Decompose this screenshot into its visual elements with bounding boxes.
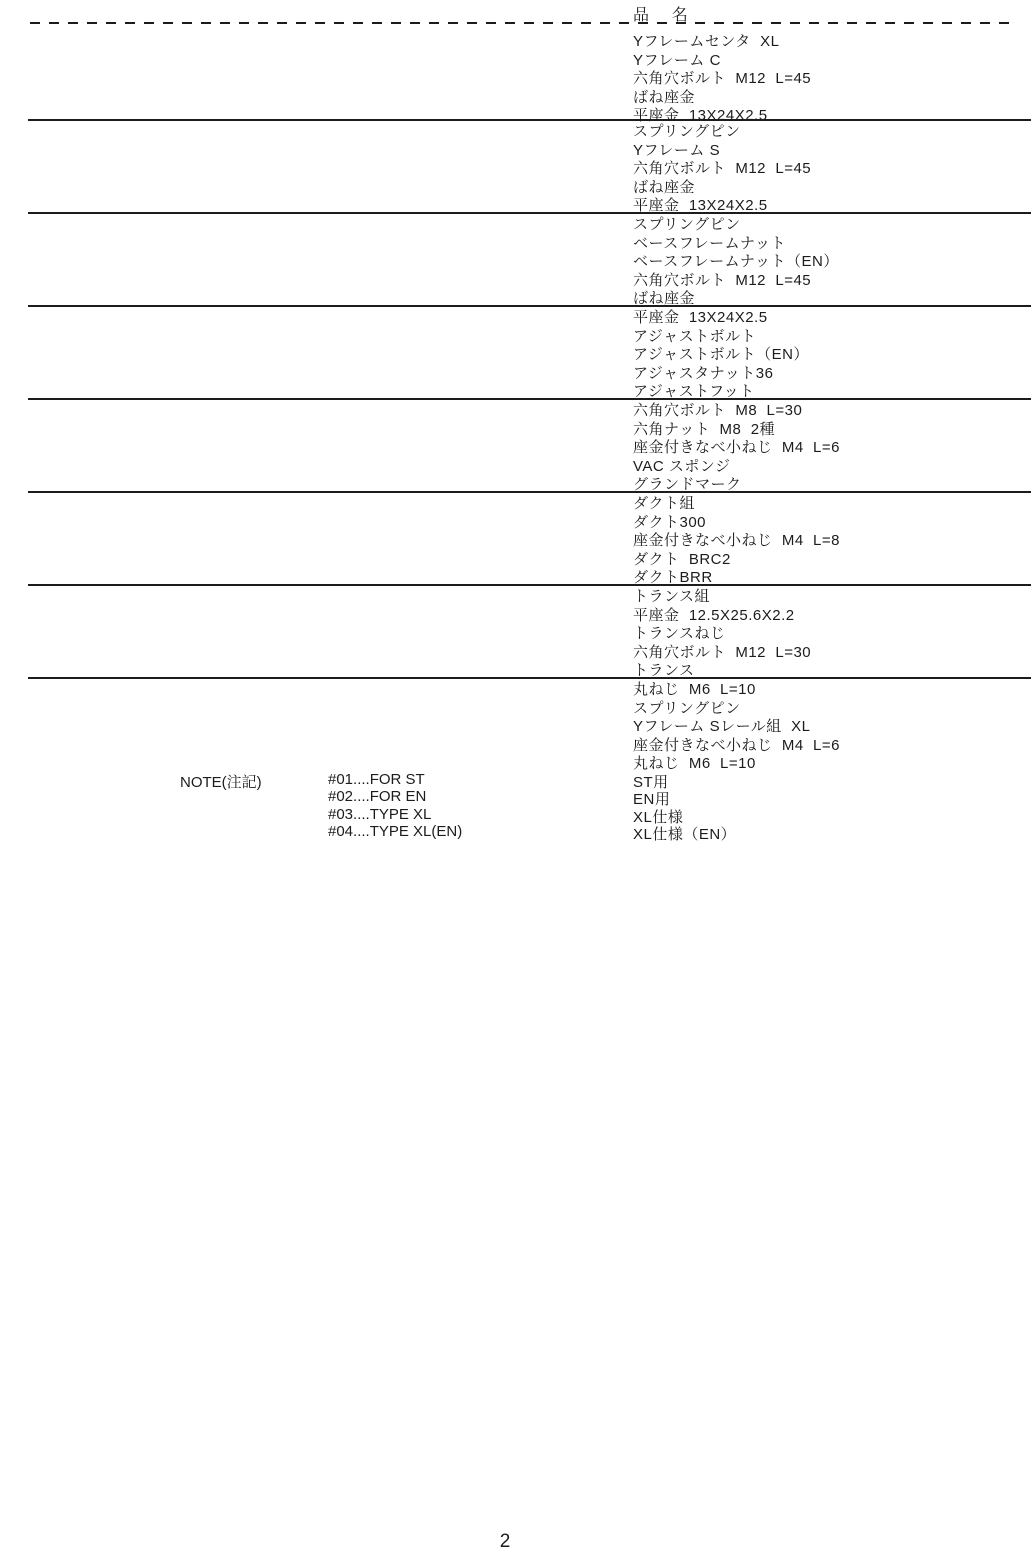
note-code: #01....FOR ST — [328, 771, 425, 788]
parts-list: Yフレームセンタ XL Yフレーム C 六角穴ボルト M12 L=45 ばね座金… — [28, 25, 1031, 774]
part-name-item: ダクト組 — [633, 495, 1031, 514]
part-name-item: 座金付きなべ小ねじ M4 L=6 — [633, 737, 1031, 756]
part-name-item: ダクトBRR — [633, 569, 1031, 588]
part-name-item: 平座金 12.5X25.6X2.2 — [633, 607, 1031, 626]
note-row: #03....TYPE XL XL仕様 — [0, 806, 1031, 823]
part-name-item: Yフレームセンタ XL — [633, 33, 1031, 52]
part-name-item: アジャストボルト — [633, 328, 1031, 347]
part-name-item: ベースフレームナット（EN） — [633, 253, 1031, 272]
note-code: #04....TYPE XL(EN) — [328, 823, 462, 840]
note-row: #04....TYPE XL(EN) XL仕様（EN） — [0, 823, 1031, 840]
parts-group-8: 丸ねじ M6 L=10 スプリングピン Yフレーム Sレール組 XL 座金付きな… — [28, 679, 1031, 774]
part-name-item: アジャスタナット36 — [633, 365, 1031, 384]
part-name-item: 丸ねじ M6 L=10 — [633, 681, 1031, 700]
part-name-item: アジャストフット — [633, 383, 1031, 402]
part-name-item: ばね座金 — [633, 290, 1031, 309]
part-name-item: スプリングピン — [633, 123, 1031, 142]
part-name-item: ばね座金 — [633, 179, 1031, 198]
part-name-item: 座金付きなべ小ねじ M4 L=6 — [633, 439, 1031, 458]
part-name-item: Yフレーム Sレール組 XL — [633, 718, 1031, 737]
part-name-item: 六角穴ボルト M12 L=45 — [633, 160, 1031, 179]
parts-group-2: スプリングピン Yフレーム S 六角穴ボルト M12 L=45 ばね座金 平座金… — [28, 121, 1031, 214]
part-name-item: 座金付きなべ小ねじ M4 L=8 — [633, 532, 1031, 551]
note-section: NOTE(注記) #01....FOR ST ST用 #02....FOR EN… — [0, 771, 1031, 841]
part-name-item: トランス組 — [633, 588, 1031, 607]
part-name-item: 六角ナット M8 2種 — [633, 421, 1031, 440]
part-name-item: VAC スポンジ — [633, 458, 1031, 477]
part-name-item: アジャストボルト（EN） — [633, 346, 1031, 365]
part-name-item: Yフレーム C — [633, 52, 1031, 71]
part-name-item: ベースフレームナット — [633, 235, 1031, 254]
note-row: NOTE(注記) #01....FOR ST ST用 — [0, 771, 1031, 788]
document-page: 品 名 Yフレームセンタ XL Yフレーム C 六角穴ボルト M12 L=45 … — [0, 0, 1031, 1563]
part-name-item: トランス — [633, 662, 1031, 681]
part-name-item: トランスねじ — [633, 625, 1031, 644]
parts-group-5: 六角穴ボルト M8 L=30 六角ナット M8 2種 座金付きなべ小ねじ M4 … — [28, 400, 1031, 493]
parts-group-3: スプリングピン ベースフレームナット ベースフレームナット（EN） 六角穴ボルト… — [28, 214, 1031, 307]
part-name-item: 六角穴ボルト M12 L=45 — [633, 272, 1031, 291]
parts-group-1: Yフレームセンタ XL Yフレーム C 六角穴ボルト M12 L=45 ばね座金… — [28, 25, 1031, 121]
page-number: 2 — [0, 1531, 1010, 1553]
note-row: #02....FOR EN EN用 — [0, 788, 1031, 805]
note-code: #02....FOR EN — [328, 788, 426, 805]
part-name-item: 平座金 13X24X2.5 — [633, 309, 1031, 328]
parts-group-4: 平座金 13X24X2.5 アジャストボルト アジャストボルト（EN） アジャス… — [28, 307, 1031, 400]
part-name-item: 六角穴ボルト M12 L=30 — [633, 644, 1031, 663]
part-name-item: ダクト BRC2 — [633, 551, 1031, 570]
parts-group-6: ダクト組 ダクト300 座金付きなべ小ねじ M4 L=8 ダクト BRC2 ダク… — [28, 493, 1031, 586]
parts-group-7: トランス組 平座金 12.5X25.6X2.2 トランスねじ 六角穴ボルト M1… — [28, 586, 1031, 679]
note-code: #03....TYPE XL — [328, 806, 431, 823]
part-name-item: ばね座金 — [633, 89, 1031, 108]
part-name-item: スプリングピン — [633, 700, 1031, 719]
part-name-item: ダクト300 — [633, 514, 1031, 533]
note-desc: XL仕様（EN） — [633, 823, 736, 844]
part-name-item: 六角穴ボルト M12 L=45 — [633, 70, 1031, 89]
header-divider-dashed — [30, 22, 1017, 24]
part-name-item: グランドマーク — [633, 476, 1031, 495]
part-name-item: Yフレーム S — [633, 142, 1031, 161]
part-name-item: 六角穴ボルト M8 L=30 — [633, 402, 1031, 421]
part-name-item: スプリングピン — [633, 216, 1031, 235]
part-name-item: 平座金 13X24X2.5 — [633, 197, 1031, 216]
